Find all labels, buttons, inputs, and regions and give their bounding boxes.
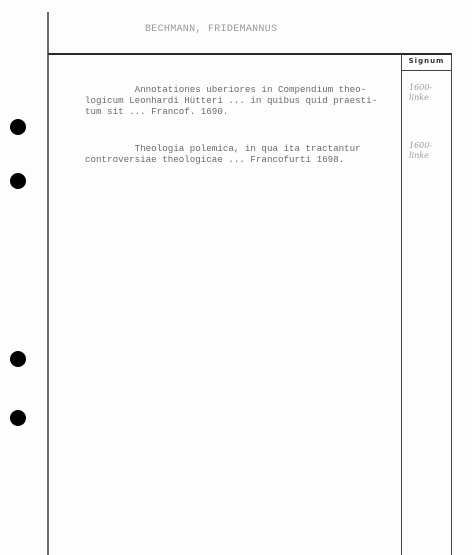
left-margin-rule <box>47 12 49 555</box>
header-rule <box>48 53 452 55</box>
punch-hole <box>10 173 26 189</box>
catalog-entry: Theologia polemica, in qua ita tractantu… <box>85 143 361 165</box>
signum-column-header: Signum <box>402 57 451 65</box>
punch-hole <box>10 351 26 367</box>
punch-hole <box>10 119 26 135</box>
catalog-entry: Annotationes uberiores in Compendium the… <box>85 84 377 117</box>
catalog-card: BECHMANN, FRIDEMANNUS Signum Annotatione… <box>0 0 472 555</box>
signum-handwritten: 1600- linke <box>409 83 432 103</box>
punch-hole <box>10 410 26 426</box>
signum-column-left-rule <box>401 54 402 555</box>
signum-column-right-rule <box>451 54 452 555</box>
signum-header-rule <box>401 70 452 71</box>
author-heading: BECHMANN, FRIDEMANNUS <box>145 24 277 35</box>
signum-handwritten: 1600- linke <box>409 141 432 161</box>
